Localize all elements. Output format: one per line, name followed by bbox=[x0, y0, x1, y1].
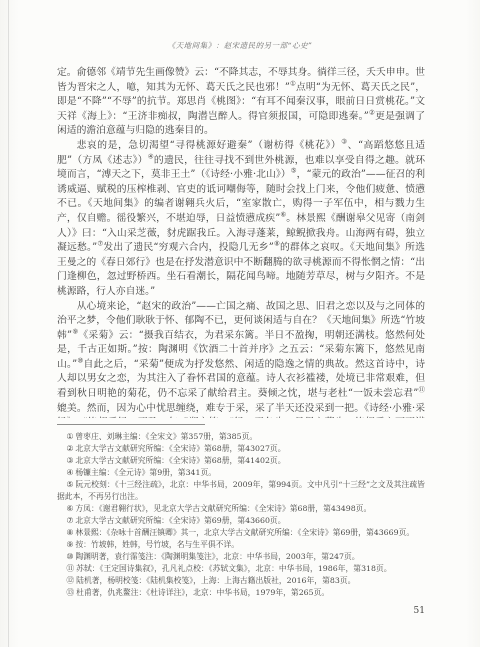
scanned-paper-page: 《天地间集》：赵宋遗民的另一部“心史” 定。俞德邻《靖节先生画像赞》云：“不降其… bbox=[0, 0, 480, 647]
footnote-marker: ③ bbox=[66, 456, 73, 465]
footnote-item: ⑪苏轼：《王定国诗集叙》，孔凡礼点校：《苏轼文集》，北京：中华书局，1986年，… bbox=[57, 563, 425, 575]
footnote-marker: ④ bbox=[66, 468, 73, 477]
footnote-item: ③北京大学古文献研究所编：《全宋诗》第68册，第41402页。 bbox=[57, 455, 425, 467]
footnotes-list: ①曾枣庄、刘琳主编：《全宋文》第357册，第385页。②北京大学古文献研究所编：… bbox=[57, 431, 425, 599]
footnote-marker: ⑧ bbox=[66, 528, 73, 537]
footnote-item: ①曾枣庄、刘琳主编：《全宋文》第357册，第385页。 bbox=[57, 431, 425, 443]
page-number: 51 bbox=[57, 606, 425, 616]
footnote-ref: ⑨ bbox=[72, 327, 78, 335]
footnote-marker: ⑬ bbox=[66, 588, 74, 597]
paragraph: 定。俞德邻《靖节先生画像赞》云：“不降其志，不辱其身。徜徉三径，夭夭申申。世皆为… bbox=[57, 66, 425, 139]
footnote-ref: ① bbox=[290, 79, 296, 87]
footnote-ref: ⑤ bbox=[291, 167, 297, 175]
scan-artifact-left-edge bbox=[8, 0, 9, 647]
footnote-marker: ⑫ bbox=[66, 576, 74, 585]
footnote-marker: ① bbox=[66, 432, 73, 441]
footnote-ref: ④ bbox=[148, 152, 154, 160]
footnote-ref: ⑥ bbox=[280, 211, 286, 219]
paragraph: 从心境来论，“赵宋的政治”——亡国之痛、故国之思、旧君之恋以及与之同体的治平之梦… bbox=[57, 300, 425, 419]
footnote-item: ④杨镰主编：《全元诗》第9册，第341页。 bbox=[57, 467, 425, 479]
footnote-ref: ⑧ bbox=[274, 240, 280, 248]
paragraph: 悲哀的是，急切渴望“寻得桃源好避秦”（谢枋得《桃花》）③、“高蹈悠悠且适肥”（方… bbox=[57, 139, 425, 300]
footnote-ref: ⑪ bbox=[418, 386, 425, 394]
footnote-marker: ⑥ bbox=[66, 504, 73, 513]
footnote-marker: ⑤ bbox=[66, 480, 73, 489]
footnote-ref: ⑦ bbox=[97, 240, 103, 248]
footnote-marker: ⑨ bbox=[66, 540, 73, 549]
footnote-item: ⑩陶渊明著，袁行霈笺注：《陶渊明集笺注》，北京：中华书局，2003年，第247页… bbox=[57, 551, 425, 563]
footnote-ref: ② bbox=[369, 109, 375, 117]
footnote-item: ⑦北京大学古文献研究所编：《全宋诗》第69册，第43660页。 bbox=[57, 515, 425, 527]
footnote-item: ⑫陆机著，杨明校笺：《陆机集校笺》，上海：上海古籍出版社，2016年，第83页。 bbox=[57, 575, 425, 587]
footnote-marker: ⑪ bbox=[66, 564, 74, 573]
footnote-ref: ⑩ bbox=[77, 357, 83, 365]
body-text: 定。俞德邻《靖节先生画像赞》云：“不降其志，不辱其身。徜徉三径，夭夭申申。世皆为… bbox=[57, 66, 425, 418]
footnote-item: ⑧林景熙：《杂咏十首酬汪镇卿》其一，北京大学古文献研究所编：《全宋诗》第69册，… bbox=[57, 527, 425, 539]
footnote-marker: ⑩ bbox=[66, 552, 73, 561]
footnote-item: ⑨按：竹坡韩，姓韩，号竹坡，名与生平俱不详。 bbox=[57, 539, 425, 551]
footnote-ref: ③ bbox=[341, 138, 347, 146]
footnote-marker: ② bbox=[66, 444, 73, 453]
footnote-item: ⑤阮元校刻：《十三经注疏》，北京：中华书局，2009年，第994页。文中凡引“十… bbox=[57, 479, 425, 503]
footnote-item: ⑬杜甫著，仇兆鳌注：《杜诗详注》，北京：中华书局，1979年，第265页。 bbox=[57, 587, 425, 599]
footnote-marker: ⑦ bbox=[66, 516, 73, 525]
running-header: 《天地间集》：赵宋遗民的另一部“心史” bbox=[0, 40, 480, 51]
footnote-separator bbox=[57, 424, 205, 425]
footnote-item: ②北京大学古文献研究所编：《全宋诗》第68册，第43027页。 bbox=[57, 443, 425, 455]
footnote-item: ⑥方凤：《谢君翱行状》，见北京大学古文献研究所编：《全宋诗》第68册，第4349… bbox=[57, 503, 425, 515]
